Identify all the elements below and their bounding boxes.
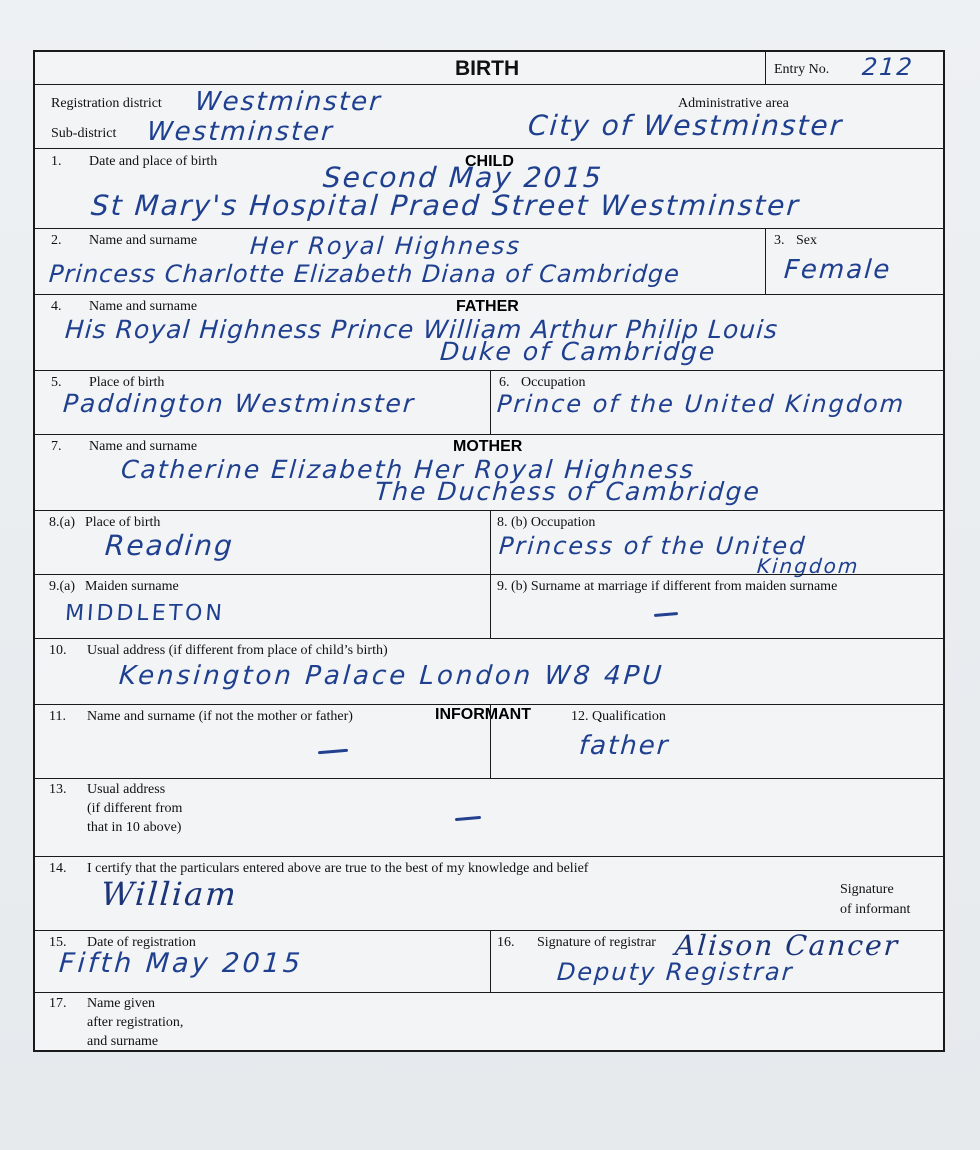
maiden-surname-value: MIDDLETON [64,599,226,629]
field-11-12-row: 11.Name and surname (if not the mother o… [35,704,943,778]
informant-name-dash [318,749,348,755]
registration-district-label: Registration district [51,95,162,112]
field-9a-number: 9.(a) [49,578,85,595]
field-2-3-row: 2.Name and surname Her Royal Highness Pr… [35,228,943,294]
field-10-row: 10.Usual address (if different from plac… [35,638,943,704]
field-17-number: 17. [49,995,87,1012]
field-6-label: Occupation [521,375,586,390]
mother-section-heading: MOTHER [453,438,522,456]
qualification-value: father [578,731,671,761]
informant-signature: William [100,879,239,909]
field-4-row: 4.Name and surname FATHER His Royal High… [35,294,943,370]
field-11-number: 11. [49,708,87,725]
field-5-label: Place of birth [89,375,164,390]
marriage-surname-cell: 9. (b) Surname at marriage if different … [490,575,943,638]
child-name-line1: Her Royal Highness [249,231,522,261]
field-13-label-1: Usual address [87,782,165,797]
field-8a-number: 8.(a) [49,514,85,531]
father-occupation-value: Prince of the United Kingdom [496,389,906,419]
mother-place-of-birth-value: Reading [104,531,235,561]
marriage-surname-dash [654,612,678,617]
field-16-label: Signature of registrar [537,935,656,950]
registration-date-value: Fifth May 2015 [58,949,304,979]
signature-label-1: Signature [840,881,894,898]
district-row: Registration district Westminster Sub-di… [35,84,943,148]
field-13-row: 13.Usual address (if different from that… [35,778,943,856]
field-15-16-row: 15.Date of registration Fifth May 2015 1… [35,930,943,992]
child-name-line2: Princess Charlotte Elizabeth Diana of Ca… [48,259,681,289]
field-10-label: Usual address (if different from place o… [87,643,388,658]
field-1-label: Date and place of birth [89,154,217,169]
header-row: BIRTH Entry No. 212 [35,52,943,84]
field-7-label: Name and surname [89,439,197,454]
field-5-6-row: 5.Place of birth Paddington Westminster … [35,370,943,434]
qualification-cell: 12. Qualification father [490,705,943,778]
sub-district-label: Sub-district [51,125,116,142]
field-1-number: 1. [51,153,89,170]
field-9-row: 9.(a)Maiden surname MIDDLETON 9. (b) Sur… [35,574,943,638]
mother-occupation-cell: 8. (b) Occupation Princess of the United… [490,511,943,574]
entry-number-value: 212 [861,52,915,82]
sex-value: Female [783,255,893,285]
field-7-row: 7.Name and surname MOTHER Catherine Eliz… [35,434,943,510]
field-9b-label: 9. (b) Surname at marriage if different … [497,578,837,595]
administrative-area-value: City of Westminster [527,111,844,141]
field-11-label: Name and surname (if not the mother or f… [87,709,353,724]
field-8b-label: 8. (b) Occupation [497,514,595,531]
field-8-row: 8.(a)Place of birth Reading 8. (b) Occup… [35,510,943,574]
field-10-number: 10. [49,642,87,659]
field-13-number: 13. [49,781,87,798]
usual-address-value: Kensington Palace London W8 4PU [118,661,665,691]
field-8a-label: Place of birth [85,515,160,530]
field-2-label: Name and surname [89,233,197,248]
sub-district-value: Westminster [146,117,335,147]
field-14-label: I certify that the particulars entered a… [87,861,588,876]
father-name-line2: Duke of Cambridge [439,337,717,367]
entry-number-cell: Entry No. 212 [765,52,943,84]
place-of-birth-value: St Mary's Hospital Praed Street Westmins… [90,191,801,221]
field-4-label: Name and surname [89,299,197,314]
father-occupation-cell: 6.Occupation Prince of the United Kingdo… [490,371,943,434]
field-7-number: 7. [51,438,89,455]
field-13-label-2: (if different from [87,800,182,817]
field-9a-label: Maiden surname [85,579,179,594]
father-place-of-birth-value: Paddington Westminster [62,389,416,419]
field-3-label: Sex [796,233,817,248]
signature-label-2: of informant [840,901,910,918]
field-17-label-3: and surname [87,1033,158,1050]
field-2-number: 2. [51,232,89,249]
birth-certificate-form: BIRTH Entry No. 212 Registration distric… [33,50,945,1052]
field-16-number: 16. [497,934,537,951]
sex-cell: 3.Sex Female [765,229,943,294]
field-17-label-1: Name given [87,996,155,1011]
field-14-row: 14.I certify that the particulars entere… [35,856,943,930]
field-17-label-2: after registration, [87,1014,183,1031]
entry-label: Entry No. [774,61,829,78]
registrar-title: Deputy Registrar [556,957,795,987]
field-1-row: 1.Date and place of birth CHILD Second M… [35,148,943,228]
registrar-signature-cell: 16.Signature of registrar Alison Cancer … [490,931,943,992]
registration-district-value: Westminster [194,87,383,117]
informant-address-dash [455,816,481,821]
mother-name-line2: The Duchess of Cambridge [374,477,762,507]
field-3-number: 3. [774,232,796,249]
field-12-label: 12. Qualification [571,708,666,725]
field-17-row: 17.Name given after registration, and su… [35,992,943,1050]
field-14-number: 14. [49,860,87,877]
form-title: BIRTH [455,57,519,81]
father-section-heading: FATHER [456,298,519,316]
field-13-label-3: that in 10 above) [87,819,181,836]
field-4-number: 4. [51,298,89,315]
